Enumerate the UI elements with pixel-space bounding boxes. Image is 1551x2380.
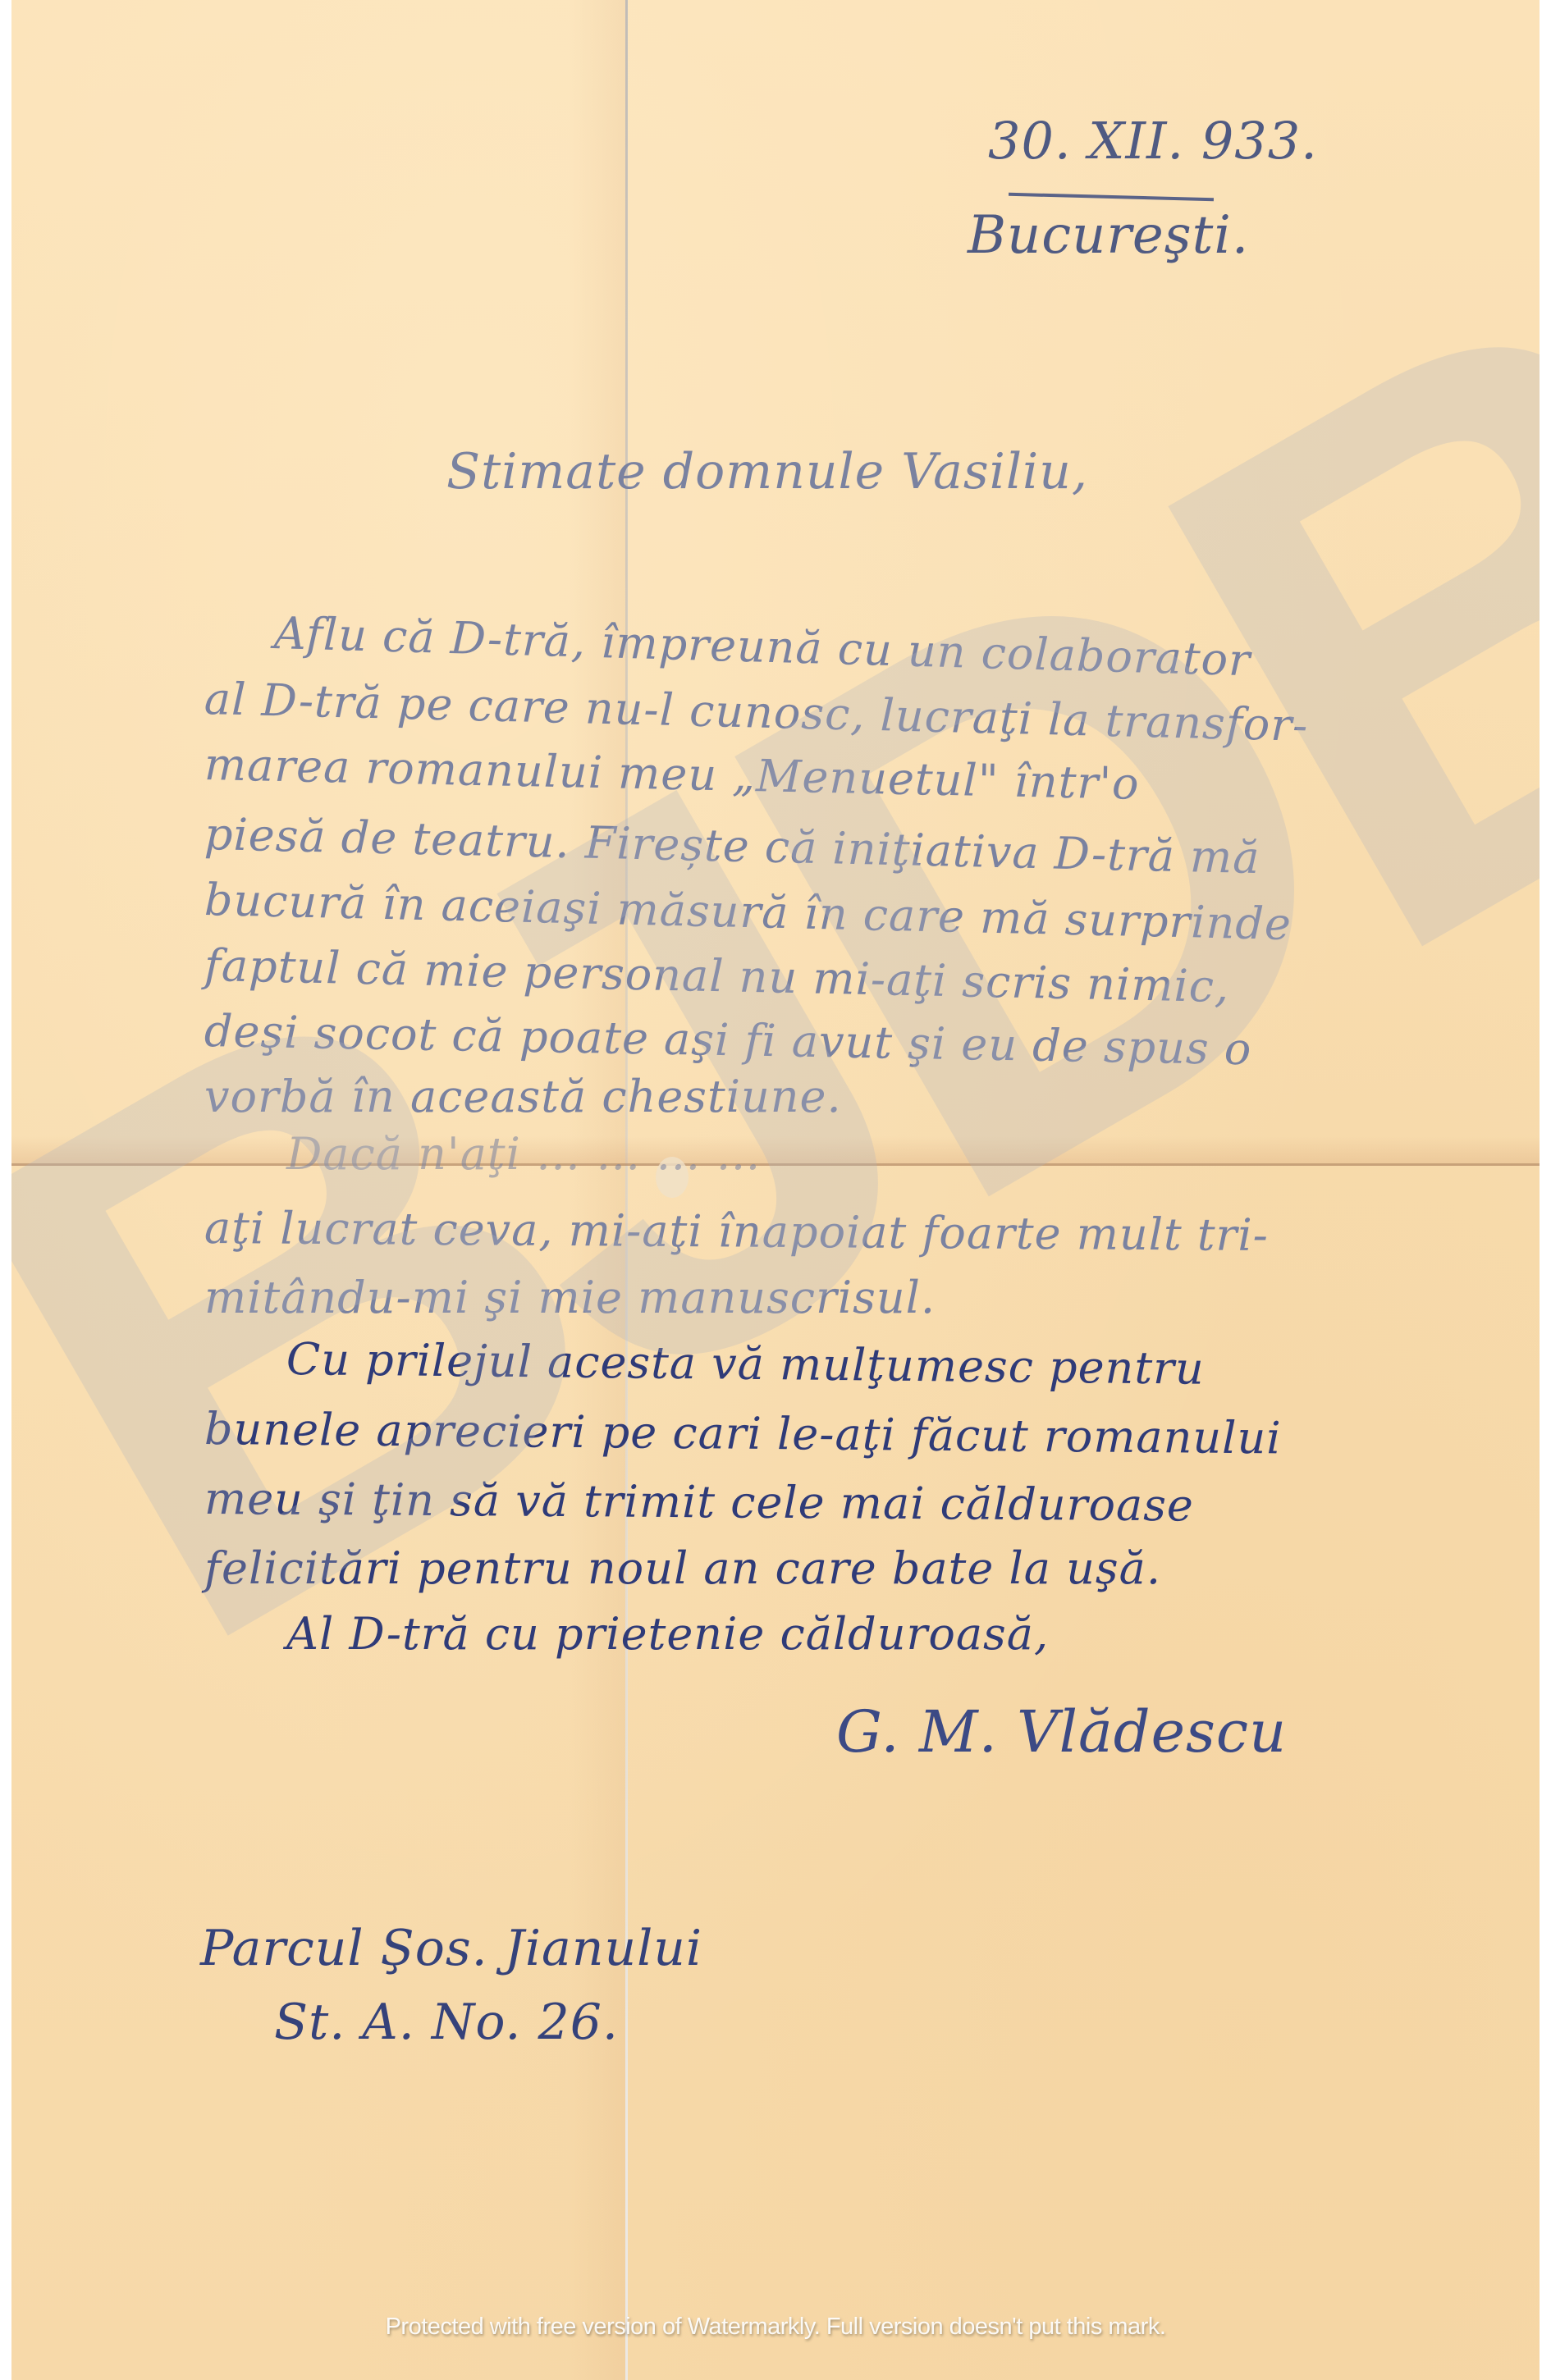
date-underline — [1009, 193, 1214, 202]
body-line: bucură în aceiaşi măsură în care mă surp… — [204, 874, 1292, 950]
watermark-notice: Protected with free version of Watermark… — [0, 2314, 1551, 2341]
body-line: meu şi ţin să vă trimit cele mai călduro… — [204, 1473, 1194, 1531]
body-line: bunele aprecieri pe cari le-aţi făcut ro… — [204, 1403, 1282, 1464]
body-line: piesă de teatru. Firește că iniţiativa D… — [204, 808, 1260, 884]
vertical-fold-line — [625, 0, 628, 2380]
letter-page: 30. XII. 933. Bucureşti. Stimate domnule… — [11, 0, 1540, 2380]
body-line: aţi lucrat ceva, mi-aţi înapoiat foarte … — [204, 1202, 1269, 1261]
letter-place: Bucureşti. — [968, 205, 1249, 266]
body-line: deşi socot că poate aşi fi avut şi eu de… — [204, 1005, 1251, 1075]
closing: Al D-tră cu prietenie călduroasă, — [286, 1608, 1049, 1660]
letter-date: 30. XII. 933. — [988, 111, 1318, 171]
body-line: felicitări pentru noul an care bate la u… — [204, 1542, 1161, 1594]
horizontal-fold-shadow — [11, 1136, 1540, 1166]
address-line-2: St. A. No. 26. — [274, 1994, 619, 2051]
body-line: mitându-mi şi mie manuscrisul. — [204, 1272, 936, 1323]
salutation: Stimate domnule Vasiliu, — [446, 443, 1088, 500]
body-line: al D-tră pe care nu-l cunosc, lucraţi la… — [204, 673, 1309, 751]
address-line-1: Parcul Şos. Jianului — [200, 1920, 702, 1977]
signature: G. M. Vlădescu — [836, 1698, 1287, 1766]
body-line-obscured: Dacă n'aţi … … … … — [286, 1128, 762, 1180]
body-line: vorbă în această chestiune. — [204, 1071, 842, 1122]
body-line: marea romanului meu „Menuetul" într'o — [204, 738, 1140, 810]
body-line: Aflu că D-tră, împreună cu un colaborato… — [273, 607, 1251, 686]
horizontal-fold-line — [11, 1163, 1540, 1166]
body-line: Cu prilejul acesta vă mulţumesc pentru — [286, 1333, 1205, 1395]
body-line: faptul că mie personal nu mi-aţi scris n… — [204, 939, 1229, 1012]
